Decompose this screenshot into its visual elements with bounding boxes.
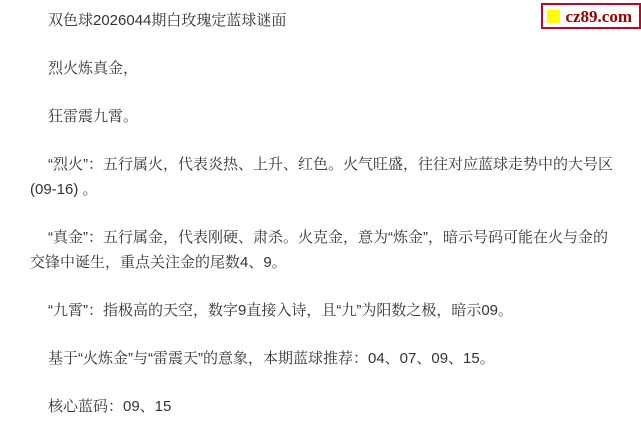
article-body: 双色球2026044期白玫瑰定蓝球谜面 烈火炼真金， 狂雷震九霄。 “烈火”：五… — [0, 0, 641, 419]
poem-line-2: 狂雷震九霄。 — [30, 104, 623, 129]
site-logo[interactable]: cz89.com — [541, 3, 641, 29]
logo-square-icon — [547, 10, 560, 23]
paragraph-line: “烈火”：五行属火，代表炎热、上升、红色。火气旺盛，往往对应蓝球走势中的大号区 — [30, 152, 623, 177]
paragraph-line: 核心蓝码：09、15 — [30, 394, 623, 419]
core-blue-numbers: 核心蓝码：09、15 — [30, 394, 623, 419]
poem-line-1: 烈火炼真金， — [30, 56, 623, 81]
paragraph-line: “九霄”：指极高的天空，数字9直接入诗，且“九”为阳数之极，暗示09。 — [30, 298, 623, 323]
paragraph-line: 狂雷震九霄。 — [30, 104, 623, 129]
paragraph-line: 基于“火炼金”与“雷震天”的意象，本期蓝球推荐：04、07、09、15。 — [30, 346, 623, 371]
paragraph-line: (09-16) 。 — [30, 177, 623, 202]
analysis-liehuo: “烈火”：五行属火，代表炎热、上升、红色。火气旺盛，往往对应蓝球走势中的大号区 … — [30, 152, 623, 202]
article-title: 双色球2026044期白玫瑰定蓝球谜面 — [30, 8, 623, 33]
analysis-jiuxiao: “九霄”：指极高的天空，数字9直接入诗，且“九”为阳数之极，暗示09。 — [30, 298, 623, 323]
article-title-block: 双色球2026044期白玫瑰定蓝球谜面 — [30, 8, 623, 33]
paragraph-line: “真金”：五行属金，代表刚硬、肃杀。火克金，意为“炼金”，暗示号码可能在火与金的 — [30, 225, 623, 250]
logo-text: cz89.com — [565, 8, 632, 25]
paragraph-line: 烈火炼真金， — [30, 56, 623, 81]
paragraph-line: 交锋中诞生，重点关注金的尾数4、9。 — [30, 250, 623, 275]
analysis-zhenjin: “真金”：五行属金，代表刚硬、肃杀。火克金，意为“炼金”，暗示号码可能在火与金的… — [30, 225, 623, 275]
recommendation-summary: 基于“火炼金”与“雷震天”的意象，本期蓝球推荐：04、07、09、15。 — [30, 346, 623, 371]
